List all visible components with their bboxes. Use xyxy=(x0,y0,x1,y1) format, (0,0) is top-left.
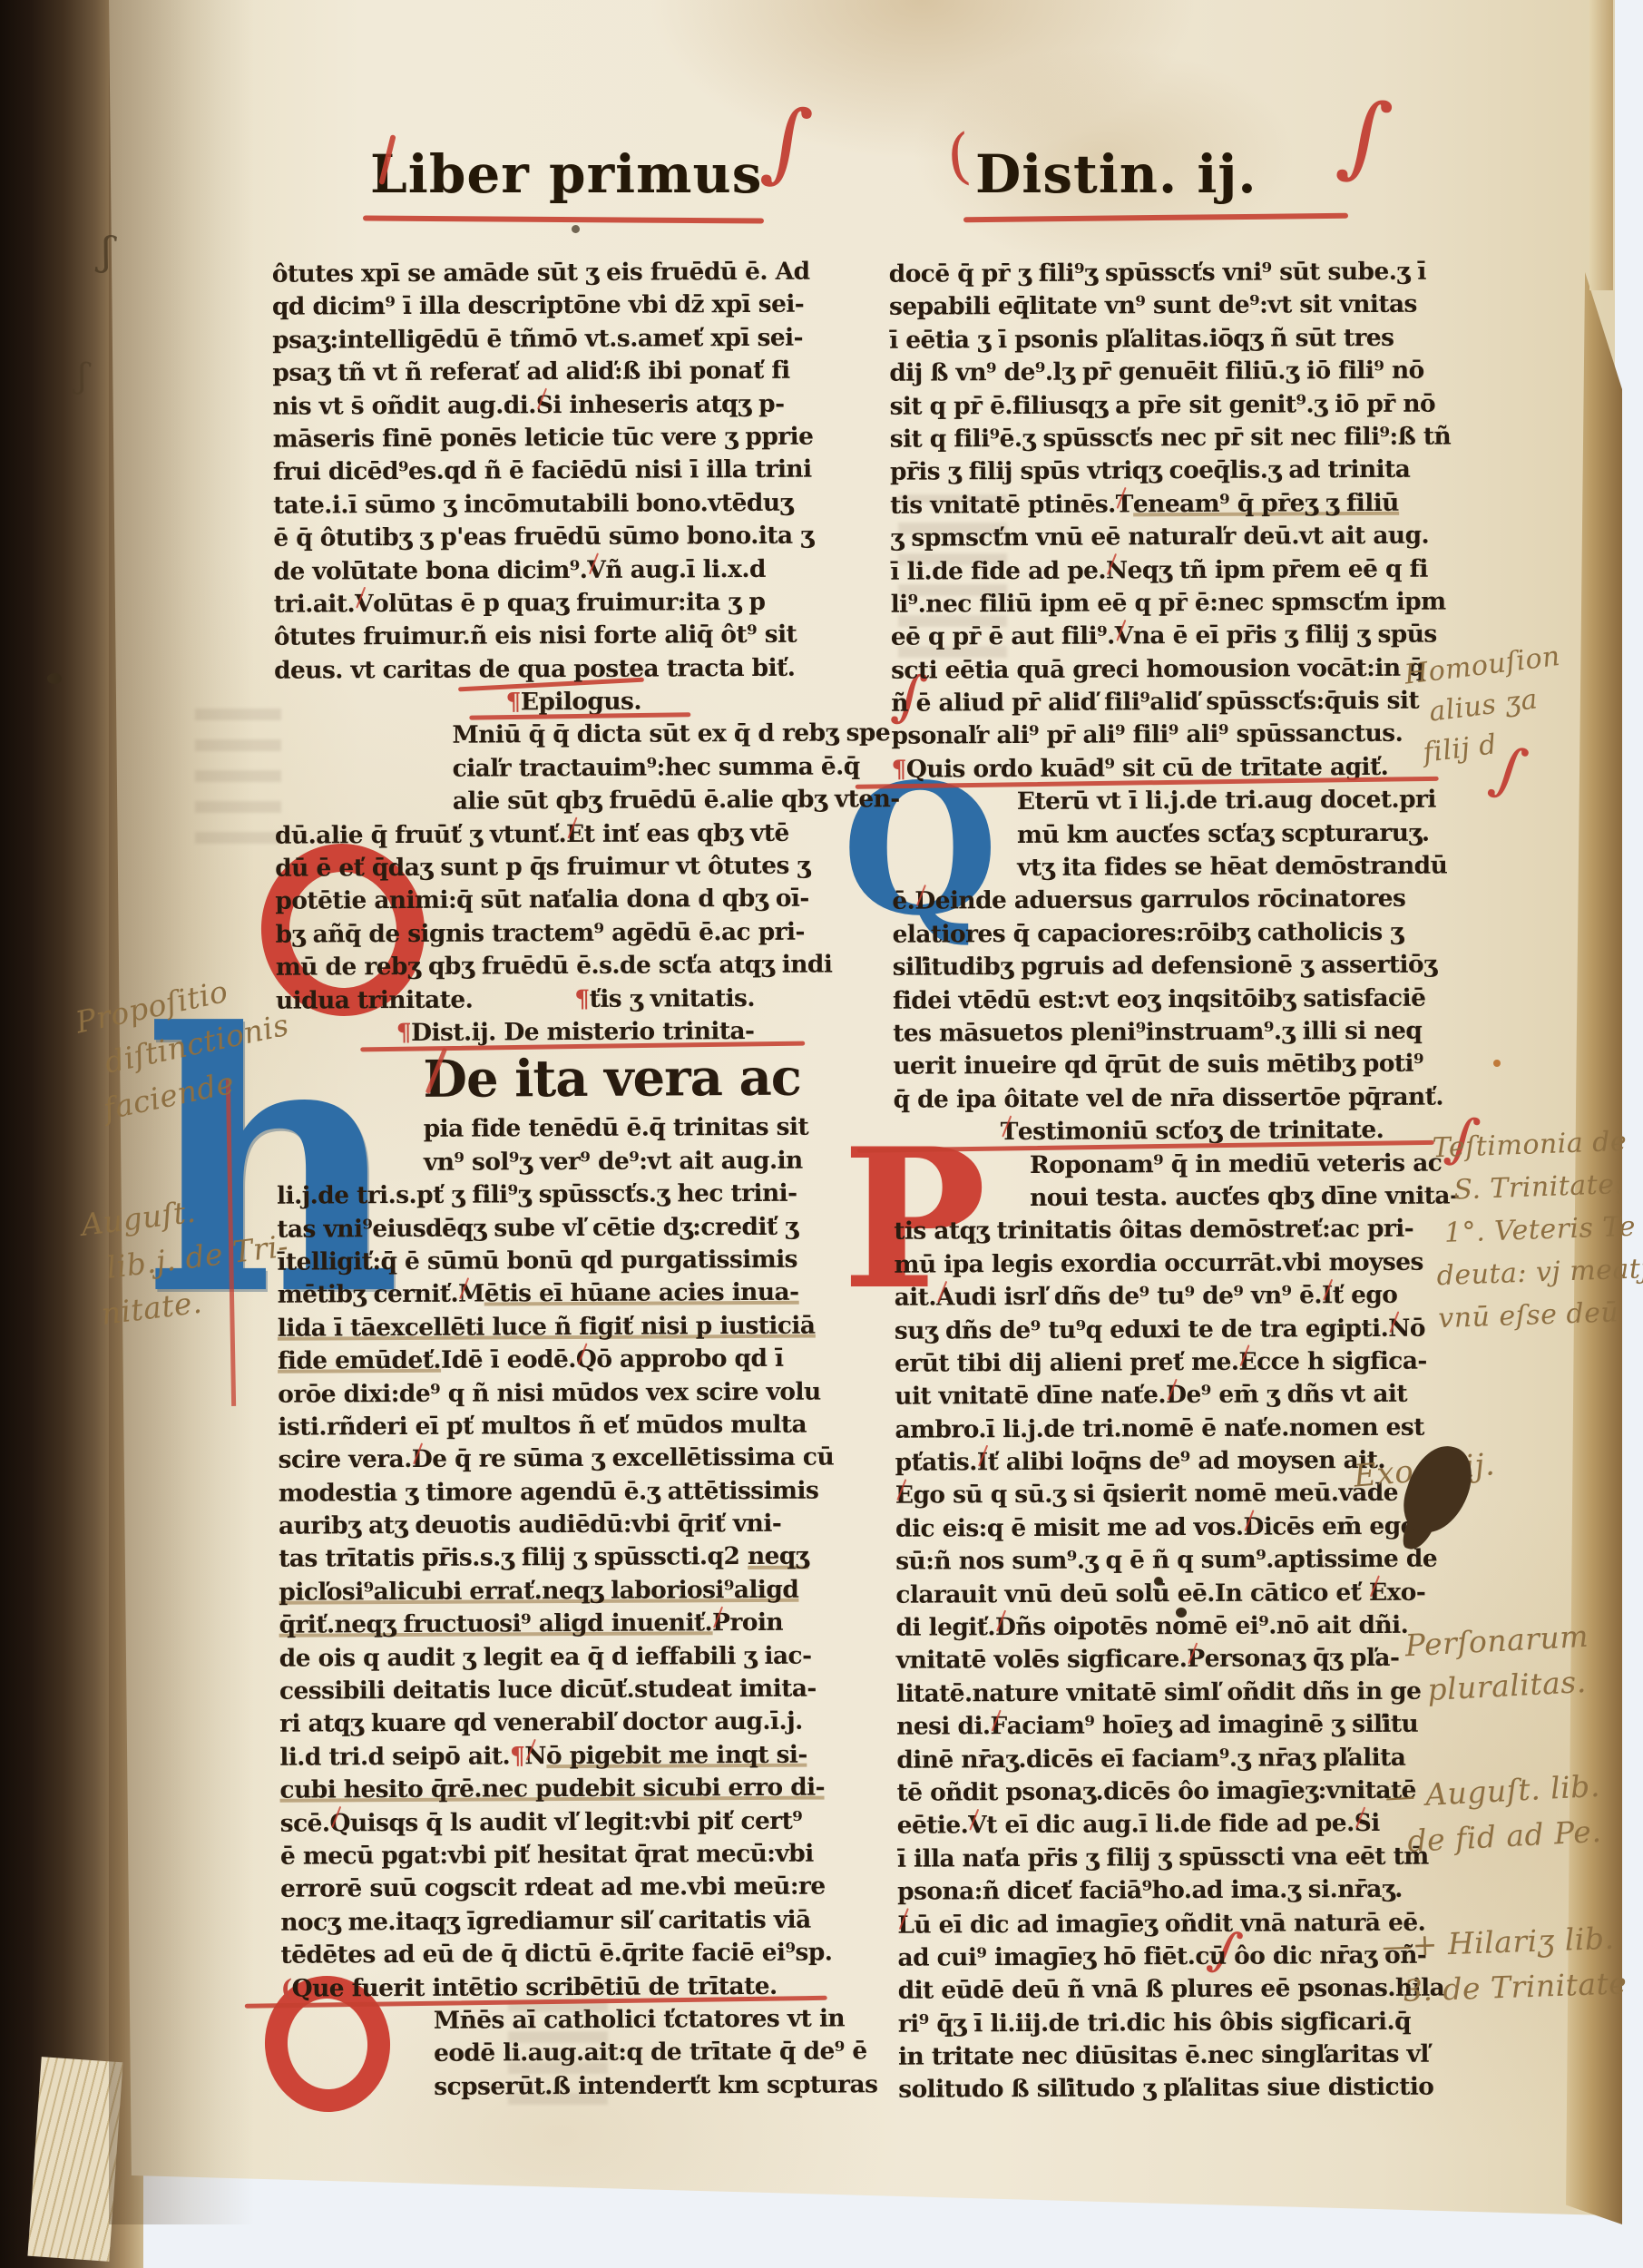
text-line: ¶Quis ordo kuād⁹ sit cū de trītate agiť. xyxy=(892,751,1389,787)
rubricated-capital: ¶ xyxy=(505,688,520,716)
text-line: Mn̄ēs aī catholici ťctatores vt in xyxy=(281,2002,880,2038)
text-line: ē mecū pgat:vbi piť hesitat q̄rat mecū:v… xyxy=(280,1837,879,1873)
text-line: uidua trinitate. ¶ťis ʒ vnitatis. xyxy=(276,982,875,1018)
text-line: eē q pr̄ ē aut fili⁹.Vna ē eī pr̄is ʒ fi… xyxy=(891,619,1494,655)
text-line: potētie animi:q̄ sūt naťalia dona d qbʒ … xyxy=(275,883,874,919)
margin-annotation-homoousion: Homouſionalius ʒafilij d xyxy=(1403,637,1572,775)
rubricated-capital: Q xyxy=(576,1344,597,1377)
text-line: scē.Quisqs q̄ ls audit vľ legit:vbi piť … xyxy=(280,1804,879,1841)
text-line: ē.Deinde aduersus garrulos rōcinatores xyxy=(892,883,1495,919)
text-line: vn⁹ sol⁹ʒ ver⁹ de⁹:vt ait aug.in xyxy=(277,1144,875,1180)
rubricated-capital: D xyxy=(412,1443,433,1477)
text-line: cessibili deitatis luce dicūť.studeat im… xyxy=(279,1672,878,1708)
worm-hole xyxy=(47,673,62,684)
rubricated-capital: D xyxy=(995,1611,1016,1645)
text-line: noui testa. aucťes qbʒ dīne vnita- xyxy=(894,1179,1497,1216)
text-line: modestia ʒ timore agendū ē.ʒ attētissimi… xyxy=(279,1474,877,1510)
text-line: tis vnitatē ptinēs.Teneam⁹ q̄ pr̄eʒ ʒ fi… xyxy=(890,486,1493,523)
rubricated-capital: N xyxy=(1388,1312,1410,1345)
margin-note-line: 3. de Trinitate xyxy=(1383,1960,1628,2014)
text-line: dinē nr̄aʒ.dicēs eī faciam⁹.ʒ nr̄aʒ pľal… xyxy=(896,1741,1500,1777)
text-line: qd dicim⁹ ī illa descriptōne vbi dz̄ xpī… xyxy=(272,288,871,325)
text-line: nocʒ me.itaqʒ īgrediamur siľ caritatis v… xyxy=(280,1903,879,1940)
text-line: tas trītatis pr̄is.s.ʒ filij ʒ spūsscti.… xyxy=(279,1540,877,1577)
reader-underlined-text: eneam⁹ q̄ pr̄eʒ ʒ filiū xyxy=(1133,489,1399,519)
text-line: tes māsuetos pleni⁹instruam⁹.ʒ illi si n… xyxy=(893,1014,1496,1051)
text-line: ambro.ī li.j.de tri.nomē ē naťe.nomen es… xyxy=(895,1411,1498,1447)
reader-underlined-text: ō pigebit me inqt si- xyxy=(546,1740,807,1770)
text-line: Testimoniū scťoʒ de trinitate. xyxy=(894,1114,1384,1149)
reader-underlined-text: lida ī tāexcellēti luce ñ figiť nisi p i… xyxy=(278,1311,816,1342)
text-line: suʒ dñs de⁹ tu⁹q eduxi te de tra egipti.… xyxy=(895,1312,1498,1348)
rubricated-capital: E xyxy=(1369,1577,1387,1610)
text-line: tēdētes ad eū de q̄ dictū ē.q̄rite faciē… xyxy=(280,1936,879,1972)
text-line: fide emūdeť.Idē ī eodē.Qō approbo qd ī xyxy=(278,1342,876,1378)
rubricated-capital: V xyxy=(587,553,605,587)
text-line: ¶Epilogus. xyxy=(505,686,641,719)
rubricated-capital: ( xyxy=(281,1974,292,2002)
text-line: psaʒ:intelligēdū ē tñmō vt.s.ameť xpī se… xyxy=(272,321,871,357)
ink-showthrough xyxy=(195,689,281,844)
page-edge-top xyxy=(1589,0,1613,290)
text-column-left: ôtutes xpī se amāde sūt ʒ eis fruēdū ē. … xyxy=(272,255,881,2105)
margin-annotation-augustinus-fide: — Auguſt. lib.de fid ad Pe. xyxy=(1384,1764,1604,1865)
rubricated-capital: I xyxy=(1322,1279,1333,1312)
text-line: mū km aucťes scťaʒ scpturaruʒ. xyxy=(892,816,1495,853)
speck xyxy=(1154,1577,1163,1586)
text-line: auribʒ atʒ deuotis audiēdū:vbi q̄riť vni… xyxy=(279,1507,877,1543)
rubricated-capital: ¶ xyxy=(892,756,906,784)
text-line: ri atqʒ kuare qd venerabiľ doctor aug.ī.… xyxy=(279,1706,878,1742)
text-line: pia fide tenēdū ē.q̄ trinitas sit xyxy=(277,1111,875,1148)
rubricated-capital: E xyxy=(566,818,584,852)
text-line: sit q fili⁹ē.ʒ spūsscťs nec pr̄ sit nec … xyxy=(890,420,1493,456)
margin-note-line: Teſtimonia de xyxy=(1432,1119,1643,1170)
text-line: ¶Dist.ij. De misterio trinita- xyxy=(396,1015,755,1050)
text-line: de volūtate bona dicim⁹.Vñ aug.ī li.x.d xyxy=(273,552,872,589)
text-line: ī eētia ʒ ī psonis pľalitas.iōqʒ ñ sūt t… xyxy=(889,321,1492,357)
text-line: De ita vera ac xyxy=(276,1048,875,1114)
rubricated-capital: E xyxy=(1238,1346,1257,1380)
text-line: ôtutes fruimur.ñ eis nisi forte aliq̄ ôt… xyxy=(274,619,873,655)
text-line: dū ē eť q̄daʒ sunt p q̄s fruimur vt ôtut… xyxy=(275,849,874,885)
reader-underlined-text: q̄riť.neqʒ fructuosi⁹ aligd inueniť. xyxy=(279,1608,712,1639)
text-line: q̄riť.neqʒ fructuosi⁹ aligd inueniť.Proi… xyxy=(279,1607,877,1643)
margin-note-line: S. Trinitate. xyxy=(1433,1162,1643,1213)
rubricated-capital: ¶ xyxy=(396,1019,411,1047)
margin-annotation-augustinus: Auguſt.lib.j. de Tri-nitate. xyxy=(79,1178,297,1338)
text-line: ñ ē aliud pr̄ aliď fili⁹aliď spūsscťs:q̄… xyxy=(891,684,1494,720)
text-line: ciaľr tractauim⁹:hec summa ē.q̄ xyxy=(275,750,874,787)
text-line: solitudo ß siľitudo ʒ pľalitas siue dist… xyxy=(898,2071,1501,2107)
text-line: lida ī tāexcellēti luce ñ figiť nisi p i… xyxy=(278,1309,876,1345)
text-line: in tritate nec diūsitas ē.nec singľarita… xyxy=(898,2038,1501,2074)
rubricated-capital: V xyxy=(1115,621,1133,654)
text-line: errorē suū cogscit rdeat ad me.vbi meū:r… xyxy=(280,1871,879,1907)
text-line: li⁹.nec filiū ipm eē q pr̄ ē:nec spmscťm… xyxy=(891,585,1494,621)
text-line: siľitudibʒ pgruis ad defensionē ʒ assert… xyxy=(893,948,1496,984)
rubricated-capital: I xyxy=(977,1446,988,1479)
rubricated-capital: D xyxy=(914,885,935,919)
text-line: nis vt s̄ oñdit aug.di.Si inheseris atqʒ… xyxy=(272,387,871,424)
text-line: Roponam⁹ q̄ in mediū veteris ac xyxy=(894,1147,1497,1183)
rubricated-capital: F xyxy=(990,1710,1006,1744)
rubricated-capital: S xyxy=(1354,1807,1372,1841)
margin-note-line: deuta: vj meatj. xyxy=(1436,1247,1643,1298)
text-line: uit vnitatē dīne naťe.De⁹ em̄ ʒ dñs vt a… xyxy=(895,1378,1498,1414)
text-line: cubi hesito q̄rē.nec pudebit sicubi erro… xyxy=(279,1771,878,1807)
reader-underlined-text: cubi hesito q̄rē.nec pudebit sicubi erro… xyxy=(279,1774,825,1804)
text-line: mū de rebʒ qbʒ fruēdū ē.s.de scťa atqʒ i… xyxy=(276,948,875,984)
rubricated-capital: V xyxy=(355,588,373,621)
text-line: tri.ait.Volūtas ē p quaʒ fruimur:ita ʒ p xyxy=(274,585,873,621)
text-line: dij ß vn⁹ de⁹.lʒ pr̄ genuēit filiū.ʒ iō … xyxy=(889,354,1492,390)
text-line: docē q̄ pr̄ ʒ fili⁹ʒ spūsscťs vni⁹ sūt s… xyxy=(889,255,1492,291)
rubricated-capital: E xyxy=(895,1480,914,1513)
margin-annotation-testimonia: Teſtimonia deS. Trinitate.1°. Veteris Te… xyxy=(1432,1119,1643,1340)
text-line: li.d tri.d seipō ait.¶Nō pigebit me inqt… xyxy=(279,1738,878,1774)
text-line: tis atqʒ trinitatis ôitas demōstreť:ac p… xyxy=(894,1213,1497,1249)
text-line: tate.i.ī sūmo ʒ incōmutabili bono.vtēduʒ xyxy=(273,486,872,523)
text-line: de ois q audit ʒ legit ea q̄ d ieffabili… xyxy=(279,1639,878,1676)
text-line: mētibʒ cerniť.Mētis eī hūane acies inua- xyxy=(278,1276,876,1313)
text-line: ʒ spmscťm vnū eē naturaľr deū.vt ait aug… xyxy=(890,519,1493,555)
speck xyxy=(1176,1608,1187,1618)
text-line: sepabili eq̄litate vn⁹ sunt de⁹:vt sit v… xyxy=(889,288,1492,325)
text-line: psona:ñ diceť faciā⁹ho.ad ima.ʒ si.nr̄aʒ… xyxy=(897,1872,1501,1909)
rubricated-capital: P xyxy=(712,1607,730,1640)
margin-note-line: pluralitas. xyxy=(1406,1659,1592,1715)
margin-annotation-hilarius: —+ Hilariʒ lib.3. de Trinitate xyxy=(1381,1915,1628,2014)
text-line: (Que fuerit intētio scribētiū de trītate… xyxy=(281,1970,777,2005)
text-line: māseris finē ponēs leticie tūc vere ʒ pp… xyxy=(273,420,872,456)
text-line: orōe dixi:de⁹ q ñ nisi mūdos vex scire v… xyxy=(278,1375,876,1412)
text-line: elatiores q̄ capaciores:rōibʒ catholicis… xyxy=(892,915,1495,952)
text-line: ītelligiť:q̄ ē sūmū bonū qd purgatissimi… xyxy=(277,1243,875,1279)
text-line: ait.Audi isrľ dñs de⁹ tu⁹ de⁹ vn⁹ ē.Iť e… xyxy=(895,1278,1498,1315)
text-line: ī li.de fide ad pe.Neqʒ tñ ipm pr̄em eē … xyxy=(890,552,1493,589)
text-line: pr̄is ʒ filij spūs vtriqʒ coeq̄lis.ʒ ad … xyxy=(890,454,1493,490)
text-line: dū.alie q̄ fruūť ʒ vtunť.Et inť eas qbʒ … xyxy=(275,816,874,853)
text-line: sū:ñ nos sum⁹.ʒ q ē ñ q sum⁹.aptissime d… xyxy=(895,1542,1499,1579)
rubricated-capital: A xyxy=(936,1282,954,1315)
text-line: eodē li.aug.ait:q de trītate q̄ de⁹ ē xyxy=(281,2036,880,2072)
text-line: sit q pr̄ ē.filiusqʒ a pr̄e sit genit⁹.ʒ… xyxy=(889,387,1492,424)
text-line: bʒ añq̄ de signis tractem⁹ agēdū ē.ac pr… xyxy=(275,915,874,952)
rubricated-capital: S xyxy=(536,389,553,423)
rubricated-capital: ¶ xyxy=(574,985,589,1013)
text-line: tas vni⁹eiusdēqʒ sube vľ cētie dʒ:crediť… xyxy=(277,1210,875,1246)
rubricated-capital: N xyxy=(1106,554,1128,588)
rubricated-capital: N xyxy=(524,1740,546,1774)
text-line: clarauit vnū deū solū eē.In cātico eť Ex… xyxy=(895,1576,1499,1612)
text-line: vtʒ ita fides se hēat demōstrandū xyxy=(892,849,1495,885)
speck xyxy=(1493,1060,1501,1067)
text-line: alie sūt qbʒ fruēdū ē.alie qbʒ vten- xyxy=(275,784,874,820)
speck xyxy=(572,225,580,233)
reader-underlined-text: picľosi⁹alicubi errať.neqʒ laboriosi⁹ali… xyxy=(279,1576,798,1607)
rubricated-capital: T xyxy=(1001,1116,1018,1149)
text-line: scire vera.De q̄ re sūma ʒ excellētissim… xyxy=(279,1442,877,1478)
rubricated-capital: L xyxy=(897,1909,914,1942)
text-line: ôtutes xpī se amāde sūt ʒ eis fruēdū ē. … xyxy=(272,255,871,291)
reader-underlined-text: fide emūdeť. xyxy=(278,1346,441,1375)
text-line: uerit inueire qd q̄rūt de suis mētibʒ po… xyxy=(893,1048,1496,1084)
rubricated-capital: ¶ xyxy=(510,1742,524,1770)
text-line: frui dicēd⁹es.qd ñ ē faciēdū nisi ī illa… xyxy=(273,454,872,490)
rubricated-capital: D xyxy=(1166,1379,1187,1413)
text-line: psonaľr ali⁹ pr̄ ali⁹ fili⁹ ali⁹ spūssan… xyxy=(891,718,1494,754)
text-line: Mniū q̄ q̄ dicta sūt ex q̄ d rebʒ spe xyxy=(274,718,873,754)
reader-underlined-text: neqʒ xyxy=(748,1542,808,1570)
rubricated-capital: D xyxy=(423,1050,466,1110)
reader-underlined-text: ētis eī hūane acies inua- xyxy=(484,1278,799,1308)
rubricated-capital: V xyxy=(968,1810,986,1843)
text-line: picľosi⁹alicubi errať.neqʒ laboriosi⁹ali… xyxy=(279,1573,877,1609)
running-head-left: Liber primus xyxy=(370,143,762,205)
text-line: erūt tibi dij alieni preť me.Ecce h sigf… xyxy=(895,1344,1498,1381)
text-line: mū ipa legis exordia occurrāt.vbi moyses xyxy=(894,1246,1497,1282)
rubricated-capital: D xyxy=(1243,1510,1264,1544)
text-line: Eterū vt ī li.j.de tri.aug docet.pri xyxy=(892,784,1495,820)
text-line: deus. vt caritas de qua postea tracta bi… xyxy=(274,651,873,688)
running-head-right: Distin. ij. xyxy=(975,143,1257,205)
text-line: scpserūt.ß intenderťt km scpturas xyxy=(281,2068,880,2105)
rubricated-capital: M xyxy=(458,1278,484,1312)
text-line: ē q̄ ôtutibʒ ʒ p'eas fruēdū sūmo bono.it… xyxy=(273,519,872,555)
rubricated-capital: P xyxy=(1187,1643,1205,1677)
text-line: psaʒ tñ vt ñ referať ad aliď:ß ibi ponať… xyxy=(272,354,871,390)
book-photo: Liber primus Distin. ij. ∫ ∫ ( ∫ ∫ ∫ ∫ h… xyxy=(0,0,1643,2268)
rubricated-capital: T xyxy=(1116,488,1133,522)
margin-annotation-personarum: Perſonarumpluralitas. xyxy=(1404,1614,1592,1714)
rubricated-capital: Q xyxy=(329,1807,350,1841)
text-line: isti.rñderi eī pť multos ñ eť mūdos mult… xyxy=(278,1408,876,1444)
text-line: fidei vtēdū est:vt eoʒ inqsitōibʒ satisf… xyxy=(893,982,1496,1018)
text-line: q̄ de ipa ôitate vel de nr̄a dissertōe p… xyxy=(893,1080,1496,1117)
text-line: li.j.de tri.s.pť ʒ fili⁹ʒ spūsscťs.ʒ hec… xyxy=(277,1177,875,1213)
margin-note-line: vnū eſse deū xyxy=(1438,1290,1643,1341)
margin-note-line: 1°. Veteris Te xyxy=(1434,1205,1643,1256)
